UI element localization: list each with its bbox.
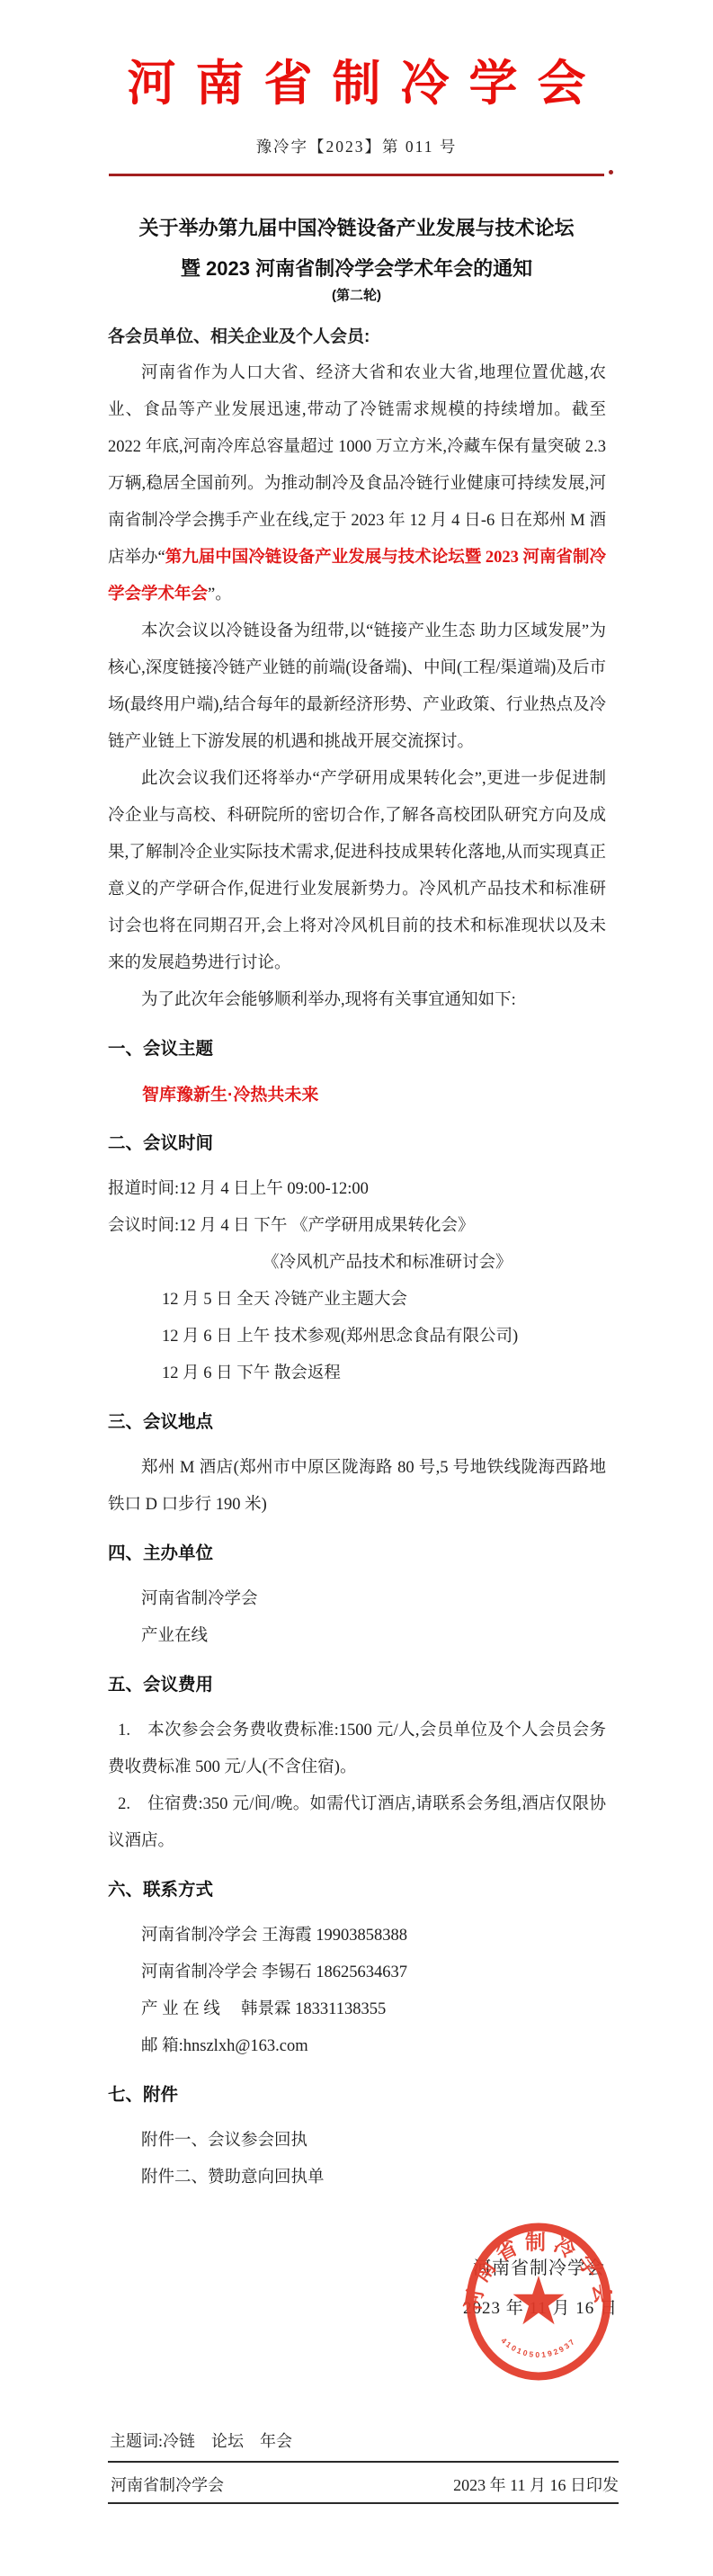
doc-title: 关于举办第九届中国冷链设备产业发展与技术论坛 暨 2023 河南省制冷学会学术年… <box>0 208 713 289</box>
attachment-1: 附件一、会议参会回执 <box>108 2123 606 2160</box>
contact-3: 产 业 在 线 韩景霖 18331138355 <box>108 1991 606 2028</box>
salutation: 各会员单位、相关企业及个人会员: <box>108 318 606 355</box>
paragraph-3: 此次会议我们还将举办“产学研用成果转化会”,更进一步促进制冷企业与高校、科研院所… <box>108 761 606 982</box>
footer-issuer: 河南省制冷学会 <box>111 2473 224 2496</box>
host-1: 河南省制冷学会 <box>108 1581 606 1618</box>
doc-title-round: (第二轮) <box>0 285 713 304</box>
footer-issue-date: 2023 年 11 月 16 日印发 <box>453 2473 619 2496</box>
fee-item-2: 2. 住宿费:350 元/间/晚。如需代订酒店,请联系会务组,酒店仅限协议酒店。 <box>108 1786 606 1860</box>
org-masthead: 河南省制冷学会 <box>0 45 713 114</box>
section-3-heading: 三、会议地点 <box>108 1404 606 1441</box>
schedule-dec4-pm2: 《冷风机产品技术和标准研讨会》 <box>108 1245 606 1282</box>
svg-text:4101050192937: 4101050192937 <box>499 2336 577 2359</box>
schedule-dec5: 12 月 5 日 全天 冷链产业主题大会 <box>108 1282 606 1319</box>
conference-theme: 智库豫新生·冷热共未来 <box>108 1077 606 1114</box>
schedule-dec6-pm: 12 月 6 日 下午 散会返程 <box>108 1355 606 1392</box>
paragraph-1-text: 河南省作为人口大省、经济大省和农业大省,地理位置优越,农业、食品等产业发展迅速,… <box>108 364 606 567</box>
schedule-registration: 报道时间:12 月 4 日上午 09:00-12:00 <box>108 1171 606 1208</box>
fee-item-1: 1. 本次参会会务费收费标准:1500 元/人,会员单位及个人会员会务费收费标准… <box>108 1713 606 1786</box>
schedule-dec4-pm: 会议时间:12 月 4 日 下午 《产学研用成果转化会》 <box>108 1208 606 1245</box>
section-6-heading: 六、联系方式 <box>108 1872 606 1909</box>
document-number: 豫冷字【2023】第 011 号 <box>0 135 713 157</box>
doc-body: 各会员单位、相关企业及个人会员: 河南省作为人口大省、经济大省和农业大省,地理位… <box>108 318 606 2196</box>
masthead-rule-dot <box>609 170 613 174</box>
schedule-dec6-am: 12 月 6 日 上午 技术参观(郑州思念食品有限公司) <box>108 1319 606 1355</box>
venue-address: 郑州 M 酒店(郑州市中原区陇海路 80 号,5 号地铁线陇海西路地铁口 D 口… <box>108 1450 606 1524</box>
paragraph-1-highlight: 第九届中国冷链设备产业发展与技术论坛暨 2023 河南省制冷学会学术年会 <box>108 549 606 604</box>
section-2-heading: 二、会议时间 <box>108 1125 606 1162</box>
section-7-heading: 七、附件 <box>108 2077 606 2114</box>
section-1-heading: 一、会议主题 <box>108 1031 606 1068</box>
seal-serial-digits: 4101050192937 <box>499 2336 577 2359</box>
official-seal-stamp: 河南省制冷学会 4101050192937 <box>462 2220 615 2384</box>
footer-keywords: 主题词:冷链 论坛 年会 <box>110 2428 292 2452</box>
contact-1: 河南省制冷学会 王海霞 19903858388 <box>108 1918 606 1954</box>
contact-2: 河南省制冷学会 李锡石 18625634637 <box>108 1954 606 1991</box>
attachment-2: 附件二、赞助意向回执单 <box>108 2160 606 2196</box>
paragraph-2: 本次会议以冷链设备为纽带,以“链接产业生态 助力区域发展”为核心,深度链接冷链产… <box>108 613 606 761</box>
official-notice-page: 河南省制冷学会 豫冷字【2023】第 011 号 关于举办第九届中国冷链设备产业… <box>0 0 713 2576</box>
masthead-divider-rule <box>109 174 604 176</box>
paragraph-1: 河南省作为人口大省、经济大省和农业大省,地理位置优越,农业、食品等产业发展迅速,… <box>108 355 606 613</box>
footer-divider-top <box>108 2461 619 2463</box>
doc-title-line2: 暨 2023 河南省制冷学会学术年会的通知 <box>0 248 713 289</box>
section-5-heading: 五、会议费用 <box>108 1667 606 1704</box>
doc-title-line1: 关于举办第九届中国冷链设备产业发展与技术论坛 <box>0 208 713 248</box>
host-2: 产业在线 <box>108 1618 606 1655</box>
seal-star-icon <box>513 2276 565 2324</box>
contact-email: 邮 箱:hnszlxh@163.com <box>108 2028 606 2065</box>
footer-divider-bottom <box>108 2502 619 2504</box>
paragraph-4: 为了此次年会能够顺利举办,现将有关事宜通知如下: <box>108 982 606 1019</box>
paragraph-1-end: ”。 <box>208 586 232 604</box>
section-4-heading: 四、主办单位 <box>108 1535 606 1572</box>
